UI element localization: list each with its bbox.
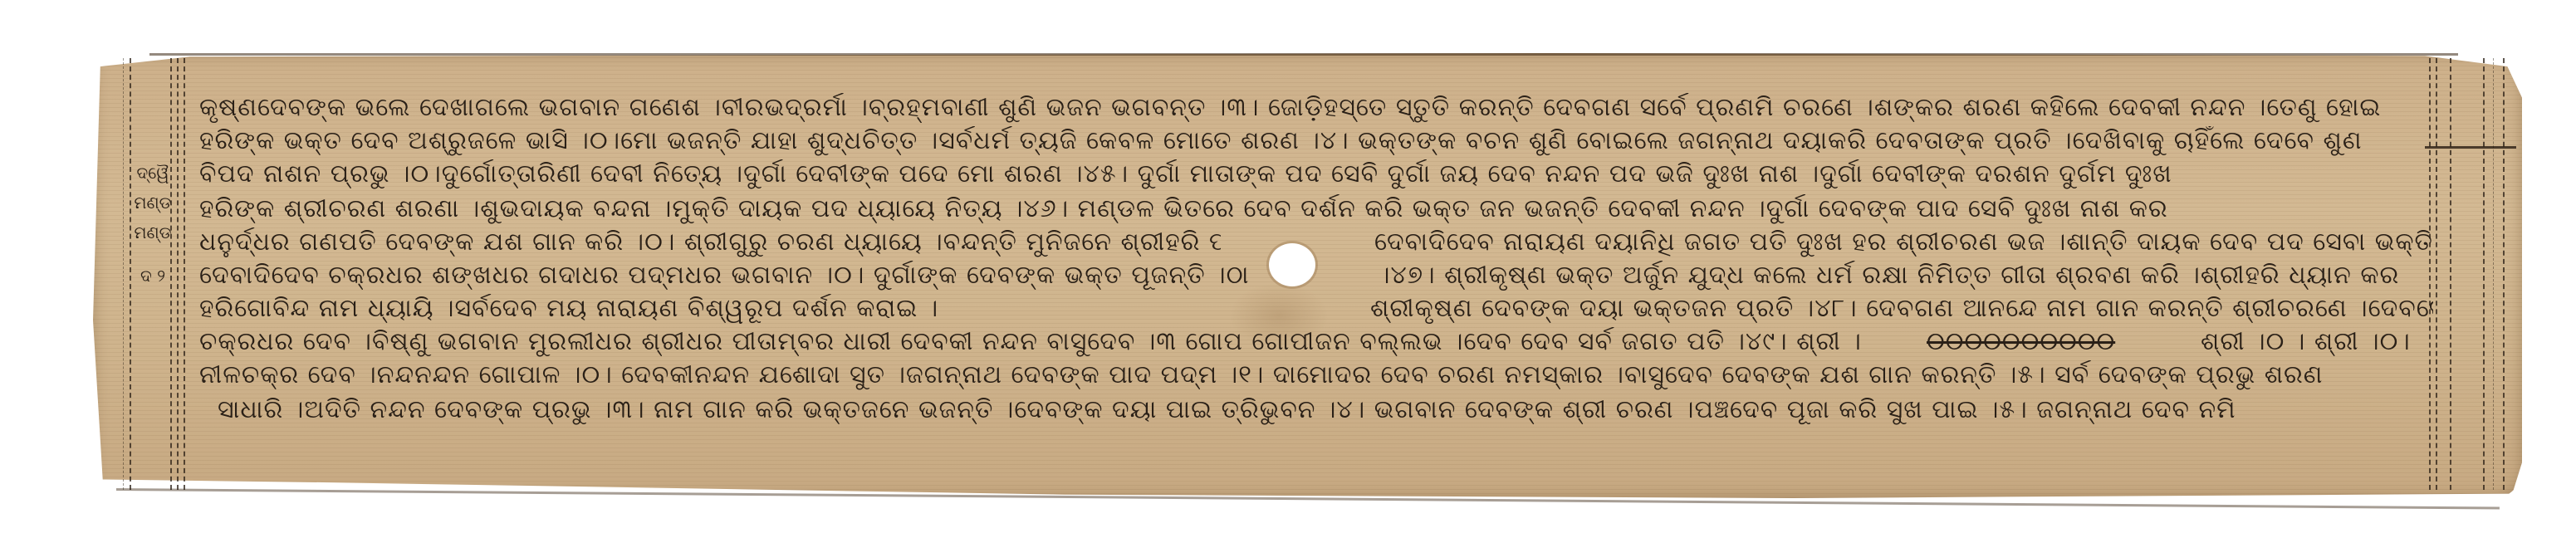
text-line-8: ଚକ୍ରଧର ଦେବ ।ବିଷ୍ଣୁ ଭଗବାନ ମୁରଲୀଧର ଶ୍ରୀଧର … bbox=[199, 327, 2001, 357]
left-margin-rule bbox=[130, 58, 131, 490]
text-line-6: ଦେବାଦିଦେବ ଚକ୍ରଧର ଶଙ୍ଖଧର ଗଦାଧର ପଦ୍ମଧର ଭଗବ… bbox=[199, 261, 1271, 291]
left-margin-rule bbox=[123, 58, 124, 490]
margin-note: ଦ୍ୱୈ bbox=[133, 163, 173, 183]
left-margin-rule bbox=[177, 58, 179, 490]
leaf-crack bbox=[2425, 146, 2516, 149]
text-line-2: ହରିଙ୍କ ଭକ୍ତ ଦେବ ଅଶ୍ରୁଜଳେ ଭାସି ।୦।ମୋ ଭଜନ୍… bbox=[199, 126, 2433, 156]
right-margin-rule bbox=[2450, 58, 2451, 490]
cancelled-text: ୦୦୦୦୦୦୦୦୦୦ bbox=[1927, 327, 2176, 357]
text-line-7: ଶ୍ରୀକୃଷ୍ଣ ଦେବଙ୍କ ଦୟା ଭକ୍ତଜନ ପ୍ରତି ।୪୮। ଦ… bbox=[1370, 294, 2433, 324]
right-margin-rule bbox=[2493, 58, 2494, 490]
right-margin-rule bbox=[2483, 58, 2485, 490]
margin-note: ଦ ୨ bbox=[133, 266, 173, 286]
text-line-7: ହରିଗୋବିନ୍ଦ ନାମ ଧ୍ୟାୟି ।ସର୍ବଦେବ ମୟ ନାରାୟଣ… bbox=[199, 294, 1229, 324]
margin-note: ମଣ୍ଡ bbox=[133, 193, 173, 213]
binding-hole bbox=[1269, 243, 1315, 286]
text-line-3: ବିପଦ ନାଶନ ପ୍ରଭୁ ।୦।ଦୁର୍ଗୋତ୍ତାରିଣୀ ଦେବୀ ନ… bbox=[199, 159, 2433, 189]
text-line-1: କୃଷ୍ଣଦେବଙ୍କ ଭଲେ ଦେଖାଗଲେ ଭଗବାନ ଗଣେଶ ।ବୀରଭ… bbox=[199, 93, 2433, 123]
leaf-top-edge bbox=[149, 53, 2458, 56]
text-line-6: ।୪୭। ଶ୍ରୀକୃଷ୍ଣ ଭକ୍ତ ଅର୍ଜୁନ ଯୁଦ୍ଧ କଲେ ଧର୍… bbox=[1379, 261, 2433, 291]
text-line-8: ଶ୍ରୀ ।୦ । ଶ୍ରୀ ।୦। bbox=[2201, 327, 2425, 357]
text-line-9: ନୀଳଚକ୍ର ଦେବ ।ନନ୍ଦନନ୍ଦନ ଗୋପାଳ ।୦। ଦେବକୀନନ… bbox=[199, 360, 2433, 390]
text-line-5: ଧନୁର୍ଦ୍ଧର ଗଣପତି ଦେବଙ୍କ ଯଶ ଗାନ କରି ।୦। ଶ୍… bbox=[199, 227, 1221, 257]
text-line-4: ହରିଙ୍କ ଶ୍ରୀଚରଣ ଶରଣା ।ଶୁଭଦାୟକ ବନ୍ଦନା ।ମୁକ… bbox=[199, 194, 2433, 224]
right-margin-rule bbox=[2503, 58, 2505, 490]
text-line-5: ଦେବାଦିଦେବ ନାରାୟଣ ଦୟାନିଧି ଜଗତ ପତି ଦୁଃଖ ହର… bbox=[1374, 227, 2433, 257]
margin-note: ମଣ୍ଡ bbox=[133, 223, 173, 242]
left-margin-rule bbox=[184, 58, 185, 490]
text-line-10: ସାଧାରି ।ଅଦିତି ନନ୍ଦନ ଦେବଙ୍କ ପ୍ରଭୁ ।୩। ନାମ… bbox=[218, 395, 2433, 425]
right-margin-rule bbox=[2436, 58, 2437, 490]
